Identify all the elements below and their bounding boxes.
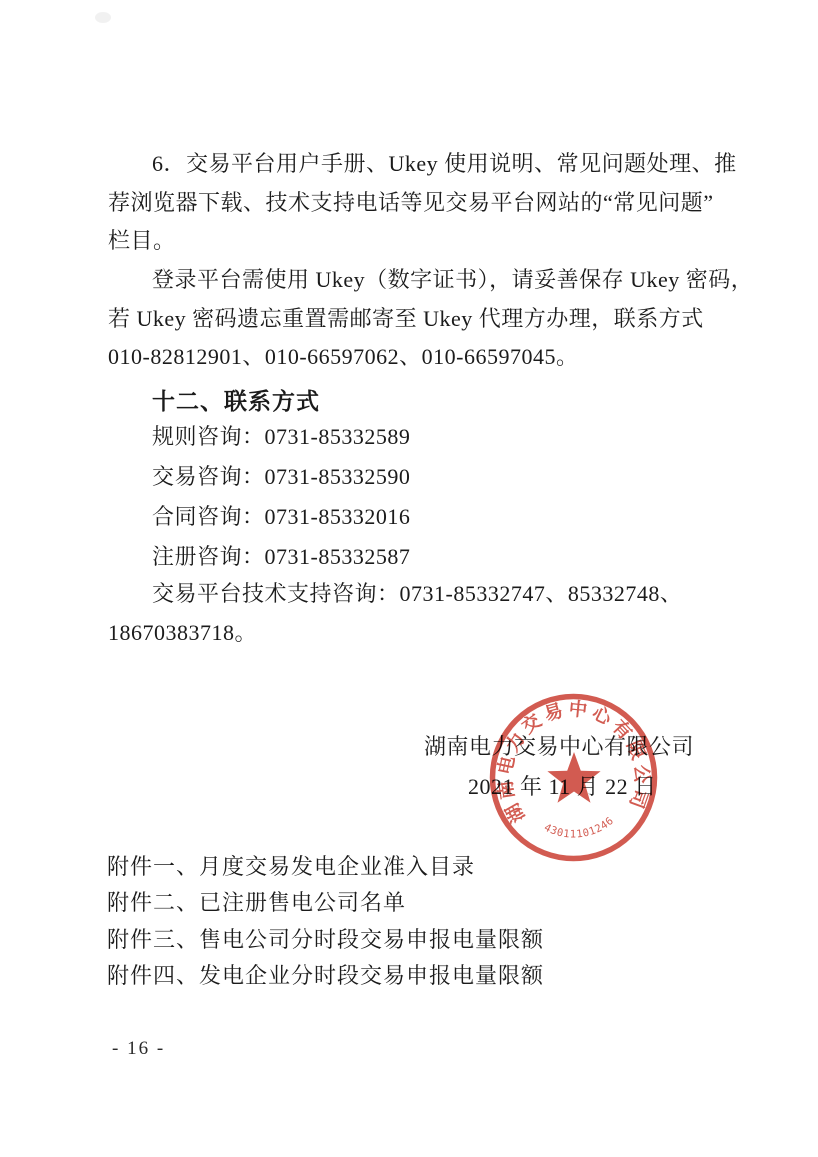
scan-artifact bbox=[95, 12, 111, 23]
paragraph-line: 010-82812901、010-66597062、010-66597045。 bbox=[108, 338, 753, 377]
signature-company: 湖南电力交易中心有限公司 bbox=[424, 730, 694, 761]
section-heading-contact: 十二、联系方式 bbox=[152, 383, 320, 416]
contact-item-registration: 注册咨询：0731-85332587 bbox=[152, 537, 410, 577]
paragraph-line: 登录平台需使用 Ukey（数字证书），请妥善保存 Ukey 密码， bbox=[108, 261, 753, 300]
paragraph-line: 栏目。 bbox=[108, 222, 737, 261]
paragraph-ukey-password: 登录平台需使用 Ukey（数字证书），请妥善保存 Ukey 密码， 若 Ukey… bbox=[108, 261, 753, 377]
contact-item-trading: 交易咨询：0731-85332590 bbox=[152, 457, 410, 497]
paragraph-line: 6．交易平台用户手册、Ukey 使用说明、常见问题处理、推 bbox=[108, 145, 737, 184]
attachment-item-3: 附件三、售电公司分时段交易申报电量限额 bbox=[107, 922, 544, 958]
paragraph-tech-support: 交易平台技术支持咨询：0731-85332747、85332748、 18670… bbox=[108, 575, 682, 652]
paragraph-line: 荐浏览器下载、技术支持电话等见交易平台网站的“常见问题” bbox=[108, 184, 737, 223]
paragraph-line: 若 Ukey 密码遗忘重置需邮寄至 Ukey 代理方办理，联系方式 bbox=[108, 300, 753, 339]
page-number: - 16 - bbox=[112, 1038, 165, 1060]
attachment-item-4: 附件四、发电企业分时段交易申报电量限额 bbox=[107, 958, 544, 994]
seal-arc-company-name: 湖南电力交易中心有限公司 bbox=[494, 698, 652, 826]
signature-date: 2021 年 11 月 22 日 bbox=[468, 770, 657, 801]
attachment-item-2: 附件二、已注册售电公司名单 bbox=[107, 885, 544, 921]
document-page: { "body": { "para1_lines": [ "6．交易平台用户手册… bbox=[0, 0, 818, 1157]
attachment-list: 附件一、月度交易发电企业准入目录 附件二、已注册售电公司名单 附件三、售电公司分… bbox=[107, 849, 544, 994]
paragraph-line: 18670383718。 bbox=[108, 614, 682, 653]
contact-item-rules: 规则咨询：0731-85332589 bbox=[152, 417, 410, 457]
paragraph-line: 交易平台技术支持咨询：0731-85332747、85332748、 bbox=[108, 575, 682, 614]
contact-list: 规则咨询：0731-85332589 交易咨询：0731-85332590 合同… bbox=[152, 417, 410, 577]
contact-item-contract: 合同咨询：0731-85332016 bbox=[152, 497, 410, 537]
attachment-item-1: 附件一、月度交易发电企业准入目录 bbox=[107, 849, 544, 885]
paragraph-ukey-manual: 6．交易平台用户手册、Ukey 使用说明、常见问题处理、推 荐浏览器下载、技术支… bbox=[108, 145, 737, 261]
